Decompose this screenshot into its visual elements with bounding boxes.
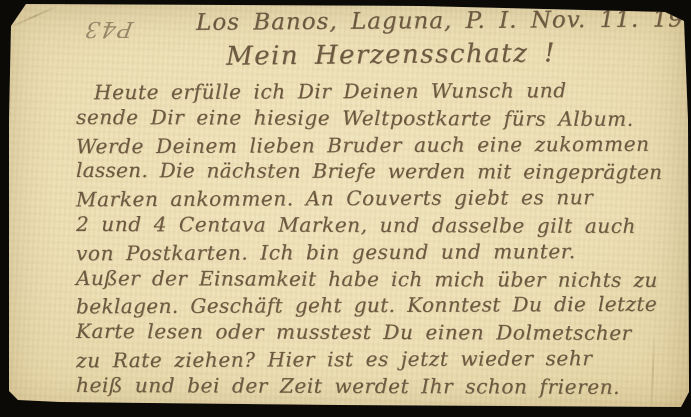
handwriting-line: lassen. Die nächsten Briefe werden mit e…	[76, 157, 682, 186]
handwriting-line: Werde Deinem lieben Bruder auch eine zuk…	[76, 130, 682, 159]
postcard: P43 Los Banos, Laguna, P. I. Nov. 11. 19…	[0, 0, 691, 417]
handwriting-line: 2 und 4 Centava Marken, und dasselbe gil…	[76, 211, 682, 240]
handwriting-line: sende Dir eine hiesige Weltpostkarte für…	[76, 104, 682, 133]
handwriting-line: Außer der Einsamkeit habe ich mich über …	[76, 265, 682, 294]
handwriting-line: Heute erfülle ich Dir Deinen Wunsch und	[76, 77, 682, 106]
pencil-mark: P43	[82, 16, 135, 41]
handwriting-line: zu Rate ziehen? Hier ist es jetzt wieder…	[76, 345, 682, 374]
handwriting-line: von Postkarten. Ich bin gesund und munte…	[76, 237, 682, 266]
handwriting-line: Karte lesen oder musstest Du einen Dolme…	[76, 318, 682, 347]
handwriting-line: beklagen. Geschäft geht gut. Konntest Du…	[76, 291, 682, 320]
handwriting-line: Marken ankommen. An Couverts giebt es nu…	[76, 184, 682, 213]
message-body: Heute erfülle ich Dir Deinen Wunsch und …	[76, 78, 682, 400]
dateline: Los Banos, Laguna, P. I. Nov. 11. 1912.	[196, 6, 691, 36]
postcard-scan: P43 Los Banos, Laguna, P. I. Nov. 11. 19…	[0, 0, 691, 417]
handwriting-line: heiß und bei der Zeit werdet Ihr schon f…	[76, 372, 682, 401]
paper-crease	[6, 0, 95, 30]
salutation: Mein Herzensschatz !	[226, 38, 556, 71]
